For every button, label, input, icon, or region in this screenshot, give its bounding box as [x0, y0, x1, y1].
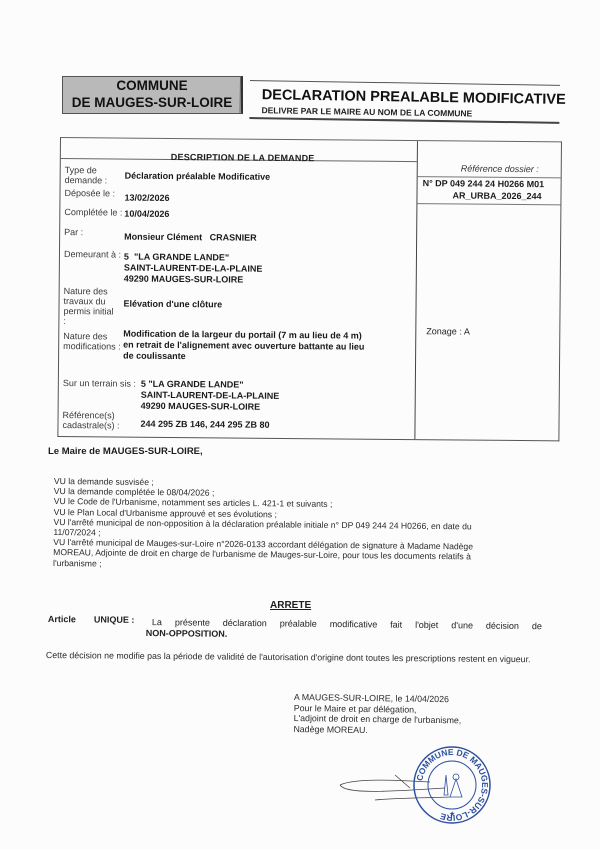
reference-number: N° DP 049 244 24 H0266 M01 [423, 178, 545, 189]
label-cadastre: Référence(s) cadastrale(s) : [62, 410, 126, 431]
divider [417, 203, 560, 205]
request-description-table: DESCRIPTION DE LA DEMANDE Référence doss… [57, 137, 562, 441]
article-unique: Article UNIQUE : La présente déclaration… [48, 614, 548, 619]
label-deposee: Déposée le : [64, 188, 115, 198]
description-heading: DESCRIPTION DE LA DEMANDE [171, 152, 315, 163]
commune-line1: COMMUNE [63, 77, 241, 94]
value-type-demande: Déclaration préalable Modificative [125, 171, 271, 183]
column-divider [414, 141, 418, 439]
reference-code: AR_URBA_2026_244 [452, 190, 541, 201]
article-label: Article [48, 614, 76, 624]
article-unique-label: UNIQUE : [94, 614, 135, 624]
official-stamp: COMMUNE DE MAUGES-SUR-LOIRE ★ [412, 745, 492, 825]
description-heading-cell: DESCRIPTION DE LA DEMANDE [61, 138, 417, 162]
mayor-line: Le Maire de MAUGES-SUR-LOIRE, [48, 446, 203, 457]
label-type-demande: Type de demande : [65, 165, 115, 185]
commune-line2: DE MAUGES-SUR-LOIRE [63, 94, 241, 111]
label-nature-travaux: Nature des travaux du permis initial : [63, 286, 115, 326]
document-title: DECLARATION PREALABLE MODIFICATIVE [262, 87, 566, 108]
document-subtitle: DELIVRE PAR LE MAIRE AU NOM DE LA COMMUN… [261, 105, 472, 118]
document-page: COMMUNE DE MAUGES-SUR-LOIRE DECLARATION … [0, 0, 600, 849]
title-box: DECLARATION PREALABLE MODIFICATIVE DELIV… [249, 80, 560, 124]
signature-block: A MAUGES-SUR-LOIRE, le 14/04/2026 Pour l… [293, 692, 461, 736]
label-completee: Complétée le : [64, 207, 122, 218]
value-applicant: Monsieur Clément CRASNIER [124, 232, 257, 244]
label-demeurant: Demeurant à : [64, 249, 121, 259]
considerations-list: VU la demande susvisée ; VU la demande c… [53, 476, 554, 573]
value-completee: 10/04/2026 [124, 209, 169, 220]
value-address-line3: 49290 MAUGES-SUR-LOIRE [124, 274, 244, 286]
svg-text:★: ★ [449, 810, 455, 818]
value-modifications-line3: de coulissante [123, 351, 186, 363]
label-nature-modifications: Nature des modifications : [63, 331, 123, 352]
commune-box: COMMUNE DE MAUGES-SUR-LOIRE [62, 76, 243, 114]
value-nature-travaux: Elévation d'une clôture [123, 299, 222, 311]
arrete-heading: ARRETE [270, 600, 311, 611]
validity-note: Cette décision ne modifie pas la période… [46, 650, 556, 665]
value-terrain-line1: 5 "LA GRANDE LANDE" [141, 379, 244, 391]
value-address-line1: 5 "LA GRANDE LANDE" [124, 252, 229, 264]
reference-label: Référence dossier : [461, 163, 539, 174]
value-deposee: 13/02/2026 [124, 193, 169, 204]
zonage: Zonage : A [426, 326, 470, 336]
label-par: Par : [64, 227, 83, 237]
value-cadastre: 244 295 ZB 146, 244 295 ZB 80 [140, 419, 269, 431]
value-terrain-line3: 49290 MAUGES-SUR-LOIRE [141, 401, 261, 413]
label-terrain: Sur un terrain sis : [63, 378, 136, 389]
decision: NON-OPPOSITION. [146, 628, 228, 639]
